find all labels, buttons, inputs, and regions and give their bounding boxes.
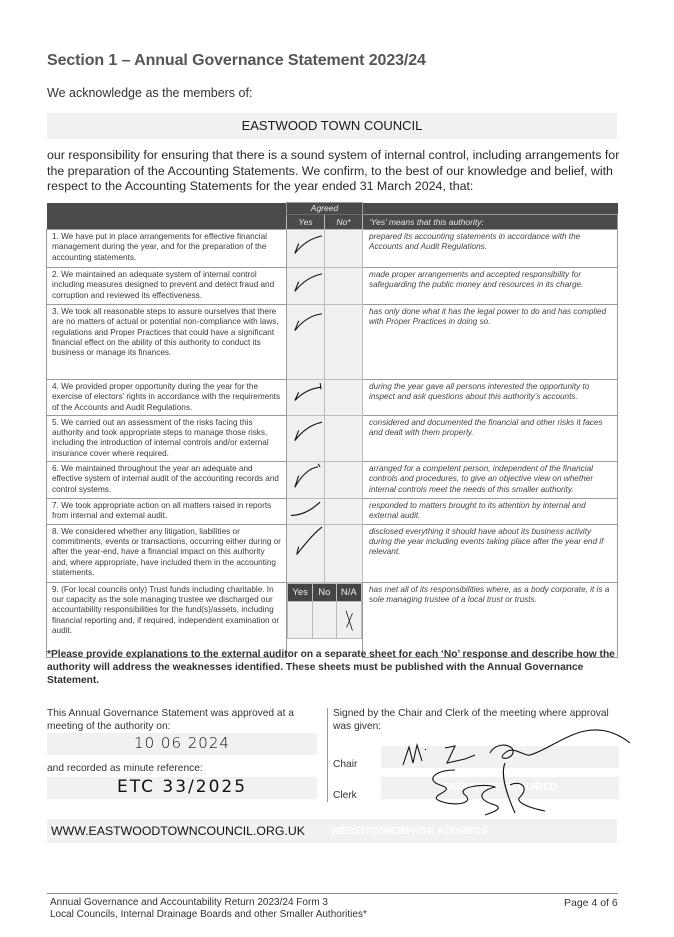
- clerk-signature-field[interactable]: SIGNATURE REQUIRED: [381, 777, 619, 799]
- yes-header: Yes: [287, 215, 325, 230]
- approval-date-value: 10 06 2024: [47, 734, 317, 752]
- footer-authority-type: Local Councils, Internal Drainage Boards…: [50, 909, 367, 921]
- checkmark-icon: [287, 268, 324, 304]
- no-checkbox-3[interactable]: [325, 305, 363, 380]
- recorded-text: and recorded as minute reference:: [47, 763, 203, 774]
- minute-reference-field[interactable]: ETC 33/2025: [47, 777, 317, 799]
- means-7: responded to matters brought to its atte…: [363, 499, 618, 525]
- statement-2: 2. We maintained an adequate system of i…: [47, 268, 287, 305]
- checkmark-icon: [287, 462, 324, 498]
- handwritten-signatures-icon: [395, 725, 645, 820]
- means-4: during the year gave all persons interes…: [363, 380, 618, 416]
- means-1: prepared its accounting statements in ac…: [363, 230, 618, 268]
- table-header-blank-right: [363, 203, 618, 215]
- table-row: 1. We have put in place arrangements for…: [47, 230, 618, 268]
- yes-checkbox-2[interactable]: [287, 268, 325, 305]
- statement-4: 4. We provided proper opportunity during…: [47, 380, 287, 416]
- no-checkbox-7[interactable]: [325, 499, 363, 525]
- minute-reference-value: ETC 33/2025: [47, 777, 317, 797]
- no-checkbox-2[interactable]: [325, 268, 363, 305]
- checkmark-icon: [287, 230, 324, 267]
- table-row: 4. We provided proper opportunity during…: [47, 380, 618, 416]
- yes-checkbox-7[interactable]: [287, 499, 325, 525]
- means-8: disclosed everything it should have abou…: [363, 524, 618, 582]
- checkmark-icon: [287, 305, 324, 379]
- means-5: considered and documented the financial …: [363, 415, 618, 461]
- yes-checkbox-4[interactable]: [287, 380, 325, 416]
- acknowledge-text: We acknowledge as the members of:: [47, 86, 252, 100]
- q9-na-checkbox[interactable]: [336, 601, 361, 638]
- statement-1: 1. We have put in place arrangements for…: [47, 230, 287, 268]
- table-row: 7. We took appropriate action on all mat…: [47, 499, 618, 525]
- footer-form-title: Annual Governance and Accountability Ret…: [50, 897, 367, 909]
- clerk-label: Clerk: [333, 790, 357, 801]
- website-placeholder: WEBSITE/WEBPAGE ADDRESS: [330, 825, 488, 837]
- column-divider: [327, 708, 328, 802]
- q9-no-header: No: [313, 583, 336, 601]
- agreed-header: Agreed: [287, 203, 363, 215]
- table-row-q9: 9. (For local councils only) Trust funds…: [47, 582, 618, 657]
- means-9: has met all of its responsibilities wher…: [363, 582, 618, 657]
- website-field[interactable]: WWW.EASTWOODTOWNCOUNCIL.ORG.UK WEBSITE/W…: [47, 819, 617, 843]
- table-row: 6. We maintained throughout the year an …: [47, 462, 618, 499]
- means-6: arranged for a competent person, indepen…: [363, 462, 618, 499]
- means-2: made proper arrangements and accepted re…: [363, 268, 618, 305]
- statement-3: 3. We took all reasonable steps to assur…: [47, 305, 287, 380]
- no-header: No*: [325, 215, 363, 230]
- no-checkbox-4[interactable]: [325, 380, 363, 416]
- q9-na-header: N/A: [336, 583, 361, 601]
- checkmark-icon: [287, 525, 324, 582]
- q9-options: Yes No N/A: [287, 582, 363, 657]
- table-row: 5. We carried out an assessment of the r…: [47, 415, 618, 461]
- page-number: Page 4 of 6: [564, 897, 618, 909]
- statement-5: 5. We carried out an assessment of the r…: [47, 415, 287, 461]
- yes-checkbox-1[interactable]: [287, 230, 325, 268]
- q9-option-grid: Yes No N/A: [287, 583, 362, 639]
- checkmark-icon: [287, 499, 324, 524]
- footer-rule: [47, 893, 618, 894]
- chair-signature-field[interactable]: [381, 746, 619, 768]
- checkmark-icon: [287, 380, 324, 415]
- cross-mark-icon: [337, 602, 361, 638]
- statement-7: 7. We took appropriate action on all mat…: [47, 499, 287, 525]
- statement-6: 6. We maintained throughout the year an …: [47, 462, 287, 499]
- yes-checkbox-3[interactable]: [287, 305, 325, 380]
- yes-checkbox-6[interactable]: [287, 462, 325, 499]
- table-header-blank: [47, 203, 287, 230]
- signed-text: Signed by the Chair and Clerk of the mee…: [333, 707, 623, 733]
- section-title: Section 1 – Annual Governance Statement …: [47, 52, 426, 70]
- table-row: 3. We took all reasonable steps to assur…: [47, 305, 618, 380]
- q9-yes-checkbox[interactable]: [288, 601, 313, 638]
- yes-checkbox-5[interactable]: [287, 415, 325, 461]
- council-name: EASTWOOD TOWN COUNCIL: [47, 118, 617, 133]
- clerk-signature-placeholder: SIGNATURE REQUIRED: [381, 782, 619, 793]
- approval-date-field[interactable]: 10 06 2024: [47, 733, 317, 755]
- statement-9: 9. (For local councils only) Trust funds…: [47, 582, 287, 657]
- chair-label: Chair: [333, 759, 357, 770]
- checkmark-icon: [287, 416, 324, 461]
- footer-left: Annual Governance and Accountability Ret…: [50, 897, 367, 920]
- table-row: 2. We maintained an adequate system of i…: [47, 268, 618, 305]
- yes-means-header: ‘Yes’ means that this authority:: [363, 215, 618, 230]
- means-3: has only done what it has the legal powe…: [363, 305, 618, 380]
- council-name-field[interactable]: EASTWOOD TOWN COUNCIL: [47, 113, 617, 139]
- approved-text: This Annual Governance Statement was app…: [47, 707, 317, 733]
- no-checkbox-1[interactable]: [325, 230, 363, 268]
- no-checkbox-8[interactable]: [325, 524, 363, 582]
- governance-table: Agreed Yes No* ‘Yes’ means that this aut…: [46, 202, 618, 658]
- no-checkbox-5[interactable]: [325, 415, 363, 461]
- table-row: 8. We considered whether any litigation,…: [47, 524, 618, 582]
- intro-paragraph: our responsibility for ensuring that the…: [47, 148, 637, 195]
- yes-checkbox-8[interactable]: [287, 524, 325, 582]
- q9-no-checkbox[interactable]: [313, 601, 336, 638]
- website-value: WWW.EASTWOODTOWNCOUNCIL.ORG.UK: [51, 824, 305, 838]
- no-checkbox-6[interactable]: [325, 462, 363, 499]
- no-response-note: *Please provide explanations to the exte…: [47, 648, 627, 687]
- statement-8: 8. We considered whether any litigation,…: [47, 524, 287, 582]
- q9-yes-header: Yes: [288, 583, 313, 601]
